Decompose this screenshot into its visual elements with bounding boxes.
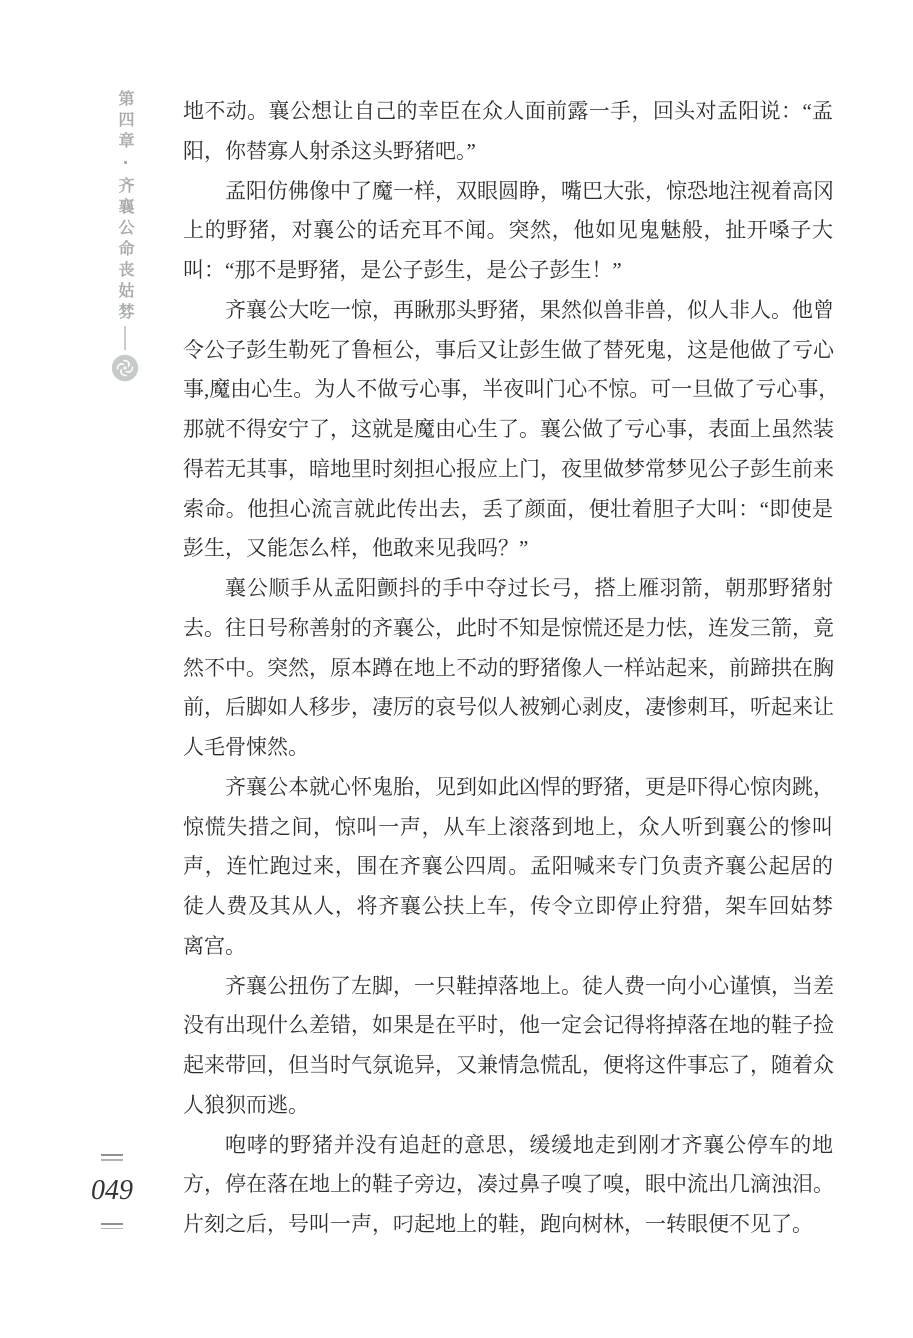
text-line: 徒人费及其从人，将齐襄公扶上车，传令立即停止狩猎，架车回姑棼 — [183, 887, 833, 927]
text-line: 离宫。 — [183, 927, 833, 967]
connector-line — [124, 326, 126, 350]
page-number: 049 — [91, 1176, 133, 1206]
paragraph: 齐襄公扭伤了左脚，一只鞋掉落地上。徒人费一向小心谨慎，当差没有出现什么差错，如果… — [183, 967, 833, 1126]
text-line: 咆哮的野猪并没有追赶的意思，缓缓地走到刚才齐襄公停车的地 — [183, 1126, 833, 1166]
text-line: 得若无其事，暗地里时刻担心报应上门，夜里做梦常梦见公子彭生前来 — [183, 450, 833, 490]
book-page: 第四章·齐襄公命丧姑棼 地不动。襄公想让自己的幸臣在众人面前露一手，回头对孟阳说… — [0, 0, 913, 1338]
text-line: 上的野猪，对襄公的话充耳不闻。突然，他如见鬼魅般，扯开嗓子大 — [183, 211, 833, 251]
double-rule-top — [101, 1154, 123, 1161]
paragraph: 咆哮的野猪并没有追赶的意思，缓缓地走到刚才齐襄公停车的地方，停在落在地上的鞋子旁… — [183, 1126, 833, 1245]
text-line: 没有出现什么差错，如果是在平时，他一定会记得将掉落在地的鞋子捡 — [183, 1006, 833, 1046]
paragraph: 襄公顺手从孟阳颤抖的手中夺过长弓，搭上雁羽箭，朝那野猪射去。往日号称善射的齐襄公… — [183, 569, 833, 768]
text-line: 孟阳仿佛像中了魔一样，双眼圆睁，嘴巴大张，惊恐地注视着高冈 — [183, 172, 833, 212]
text-line: 声，连忙跑过来，围在齐襄公四周。孟阳喊来专门负责齐襄公起居的 — [183, 847, 833, 887]
text-line: 人狼狈而逃。 — [183, 1086, 833, 1126]
text-line: 令公子彭生勒死了鲁桓公，事后又让彭生做了替死鬼，这是他做了亏心 — [183, 331, 833, 371]
text-line: 索命。他担心流言就此传出去，丢了颜面，便壮着胆子大叫：“即使是 — [183, 490, 833, 530]
text-line: 彭生，又能怎么样，他敢来见我吗？” — [183, 529, 833, 569]
text-line: 叫：“那不是野猪，是公子彭生，是公子彭生！” — [183, 251, 833, 291]
double-rule-bottom — [101, 1223, 123, 1230]
text-line: 去。往日号称善射的齐襄公，此时不知是惊慌还是力怯，连发三箭，竟 — [183, 609, 833, 649]
paragraph: 齐襄公大吃一惊，再瞅那头野猪，果然似兽非兽，似人非人。他曾令公子彭生勒死了鲁桓公… — [183, 291, 833, 569]
text-line: 前，后脚如人移步，凄厉的哀号似人被剜心剥皮，凄惨刺耳，听起来让 — [183, 688, 833, 728]
text-line: 事,魔由心生。为人不做亏心事，半夜叫门心不惊。可一旦做了亏心事， — [183, 370, 833, 410]
text-line: 地不动。襄公想让自己的幸臣在众人面前露一手，回头对孟阳说：“孟 — [183, 92, 833, 132]
text-line: 人毛骨悚然。 — [183, 728, 833, 768]
text-line: 惊慌失措之间，惊叫一声，从车上滚落到地上，众人听到襄公的惨叫 — [183, 808, 833, 848]
text-line: 那就不得安宁了，这就是魔由心生了。襄公做了亏心事，表面上虽然装 — [183, 410, 833, 450]
text-line: 方，停在落在地上的鞋子旁边，凑过鼻子嗅了嗅，眼中流出几滴浊泪。 — [183, 1165, 833, 1205]
text-line: 阳，你替寡人射杀这头野猪吧。” — [183, 132, 833, 172]
text-line: 起来带回，但当时气氛诡异，又兼情急慌乱，便将这件事忘了，随着众 — [183, 1046, 833, 1086]
text-line: 襄公顺手从孟阳颤抖的手中夺过长弓，搭上雁羽箭，朝那野猪射 — [183, 569, 833, 609]
chapter-title: 第四章·齐襄公命丧姑棼 — [117, 90, 133, 324]
text-line: 齐襄公本就心怀鬼胎，见到如此凶悍的野猪，更是吓得心惊肉跳， — [183, 768, 833, 808]
text-line: 齐襄公扭伤了左脚，一只鞋掉落地上。徒人费一向小心谨慎，当差 — [183, 967, 833, 1007]
paragraph: 孟阳仿佛像中了魔一样，双眼圆睁，嘴巴大张，惊恐地注视着高冈上的野猪，对襄公的话充… — [183, 172, 833, 291]
rosette-swirl-icon — [111, 354, 139, 382]
text-line: 齐襄公大吃一惊，再瞅那头野猪，果然似兽非兽，似人非人。他曾 — [183, 291, 833, 331]
text-line: 然不中。突然，原本蹲在地上不动的野猪像人一样站起来，前蹄拱在胸 — [183, 649, 833, 689]
body-text: 地不动。襄公想让自己的幸臣在众人面前露一手，回头对孟阳说：“孟阳，你替寡人射杀这… — [183, 92, 833, 1245]
paragraph: 齐襄公本就心怀鬼胎，见到如此凶悍的野猪，更是吓得心惊肉跳，惊慌失措之间，惊叫一声… — [183, 768, 833, 967]
page-number-block: 049 — [86, 1154, 138, 1229]
paragraph: 地不动。襄公想让自己的幸臣在众人面前露一手，回头对孟阳说：“孟阳，你替寡人射杀这… — [183, 92, 833, 172]
chapter-sidebar: 第四章·齐襄公命丧姑棼 — [103, 90, 147, 382]
text-line: 片刻之后，号叫一声，叼起地上的鞋，跑向树林，一转眼便不见了。 — [183, 1205, 833, 1245]
